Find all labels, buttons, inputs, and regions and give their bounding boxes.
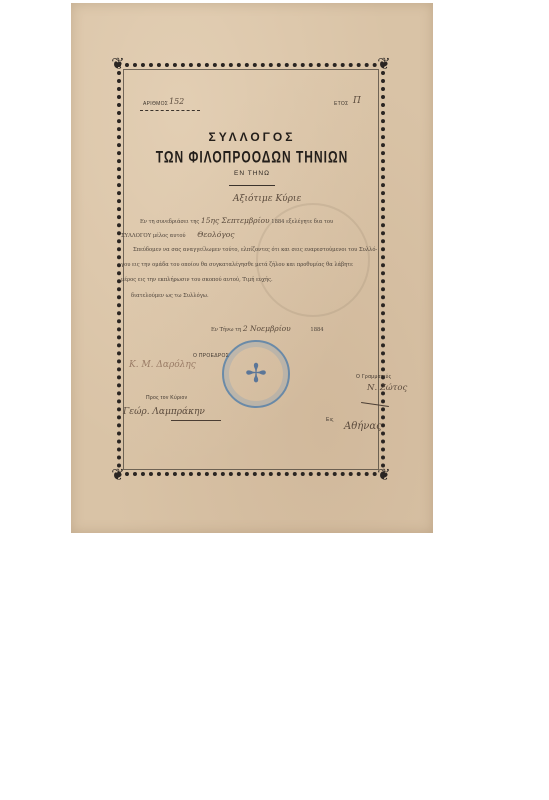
body-text: ΣΥΛΛΟΓΟΥ μέλος αυτού xyxy=(121,233,186,239)
body-line-4: γου εις την ομάδα του οποίου θα συγκαταλ… xyxy=(121,258,391,273)
body-year: 1884 xyxy=(271,219,284,225)
year-value: Π xyxy=(353,96,361,106)
president-label: Ο ΠΡΟΕΔΡΟΣ xyxy=(193,353,229,359)
number-underline xyxy=(140,110,200,111)
destination-value: Αθήνας xyxy=(344,421,382,432)
ornament-corner-icon: ❦ xyxy=(375,466,393,484)
handwritten-name: Θεολόγος xyxy=(197,230,234,239)
title-divider xyxy=(229,185,275,186)
anchor-cross-icon: ✢ xyxy=(245,361,267,387)
number-value: 152 xyxy=(169,97,184,106)
destination-label: Εις xyxy=(326,417,334,423)
place-date-printed: Εν Τήνω τη xyxy=(211,327,241,333)
place-date: Εν Τήνω τη 2 Νοεμβρίου 1884 xyxy=(211,321,324,338)
place-date-year: 1884 xyxy=(310,327,323,333)
body-text: εξελέγητε δια του xyxy=(286,219,333,225)
salutation: Αξιότιμε Κύριε xyxy=(233,194,301,204)
ornament-corner-icon: ❦ xyxy=(109,466,127,484)
document-page: ❦ ❦ ❦ ❦ ΑΡΙΘΜΟΣ 152 ΕΤΟΣ Π ΣΥΛΛΟΓΟΣ ΤΩΝ … xyxy=(71,3,433,533)
addressee-label: Προς τον Κύριον xyxy=(146,395,187,401)
body-line-6: διατελούμεν ως τω Συλλόγω. xyxy=(131,289,209,304)
place-date-handwritten: 2 Νοεμβρίου xyxy=(243,324,291,333)
society-stamp: ✢ xyxy=(222,340,290,408)
society-title: ΣΥΛΛΟΓΟΣ xyxy=(71,130,433,144)
year-label: ΕΤΟΣ xyxy=(334,101,348,107)
society-location: ΕΝ ΤΗΝΩ xyxy=(71,170,433,177)
secretary-signature: Ν. Ζώτος xyxy=(367,383,407,393)
addressee-signature: Γεώρ. Λαμπράκην xyxy=(123,407,205,417)
body-line-3: Σπεύδομεν να σας αναγγείλωμεν τούτο, ελπ… xyxy=(133,243,393,258)
handwritten-date: 15ης Σεπτεμβρίου xyxy=(201,216,270,225)
addressee-flourish xyxy=(171,420,221,421)
ornament-corner-icon: ❦ xyxy=(375,55,393,73)
body-line-5: μέρος εις την εκπλήρωσιν του σκοπού αυτο… xyxy=(121,273,391,288)
society-subtitle: ΤΩΝ ΦΙΛΟΠΡΟΟΔΩΝ ΤΗΝΙΩΝ xyxy=(71,148,433,167)
body-text: Εν τη συνεδριάσει της xyxy=(140,219,199,225)
secretary-label: Ο Γραμματεύς xyxy=(356,374,391,380)
number-label: ΑΡΙΘΜΟΣ xyxy=(143,101,168,107)
ornament-corner-icon: ❦ xyxy=(109,55,127,73)
president-signature: Κ. Μ. Δαρόλης xyxy=(129,360,196,370)
body-line-2: ΣΥΛΛΟΓΟΥ μέλος αυτού Θεολόγος xyxy=(121,227,234,244)
